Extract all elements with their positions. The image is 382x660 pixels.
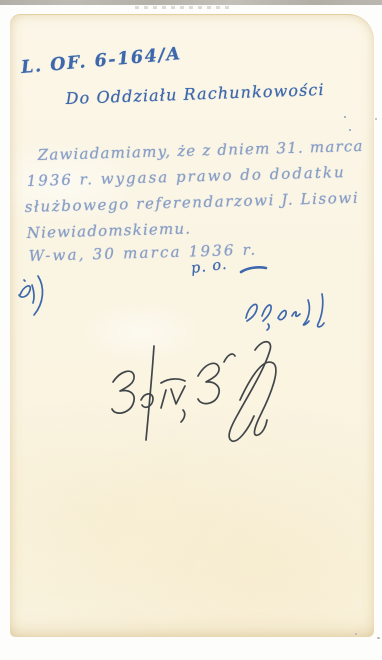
scan-edge-strip (0, 0, 382, 5)
blue-signature (238, 288, 338, 332)
dust-speck (355, 633, 357, 635)
scanned-document: L. OF. 6-164/A Do Oddziału Rachunkowości… (0, 0, 382, 660)
dark-date-signature (103, 336, 288, 448)
dust-speck (377, 637, 380, 639)
scan-edge-smudge (135, 6, 230, 9)
ink-speck (344, 116, 346, 118)
ink-dash (238, 262, 270, 276)
ink-speck (349, 129, 351, 131)
dust-speck (375, 118, 377, 120)
left-margin-mark (11, 271, 47, 317)
